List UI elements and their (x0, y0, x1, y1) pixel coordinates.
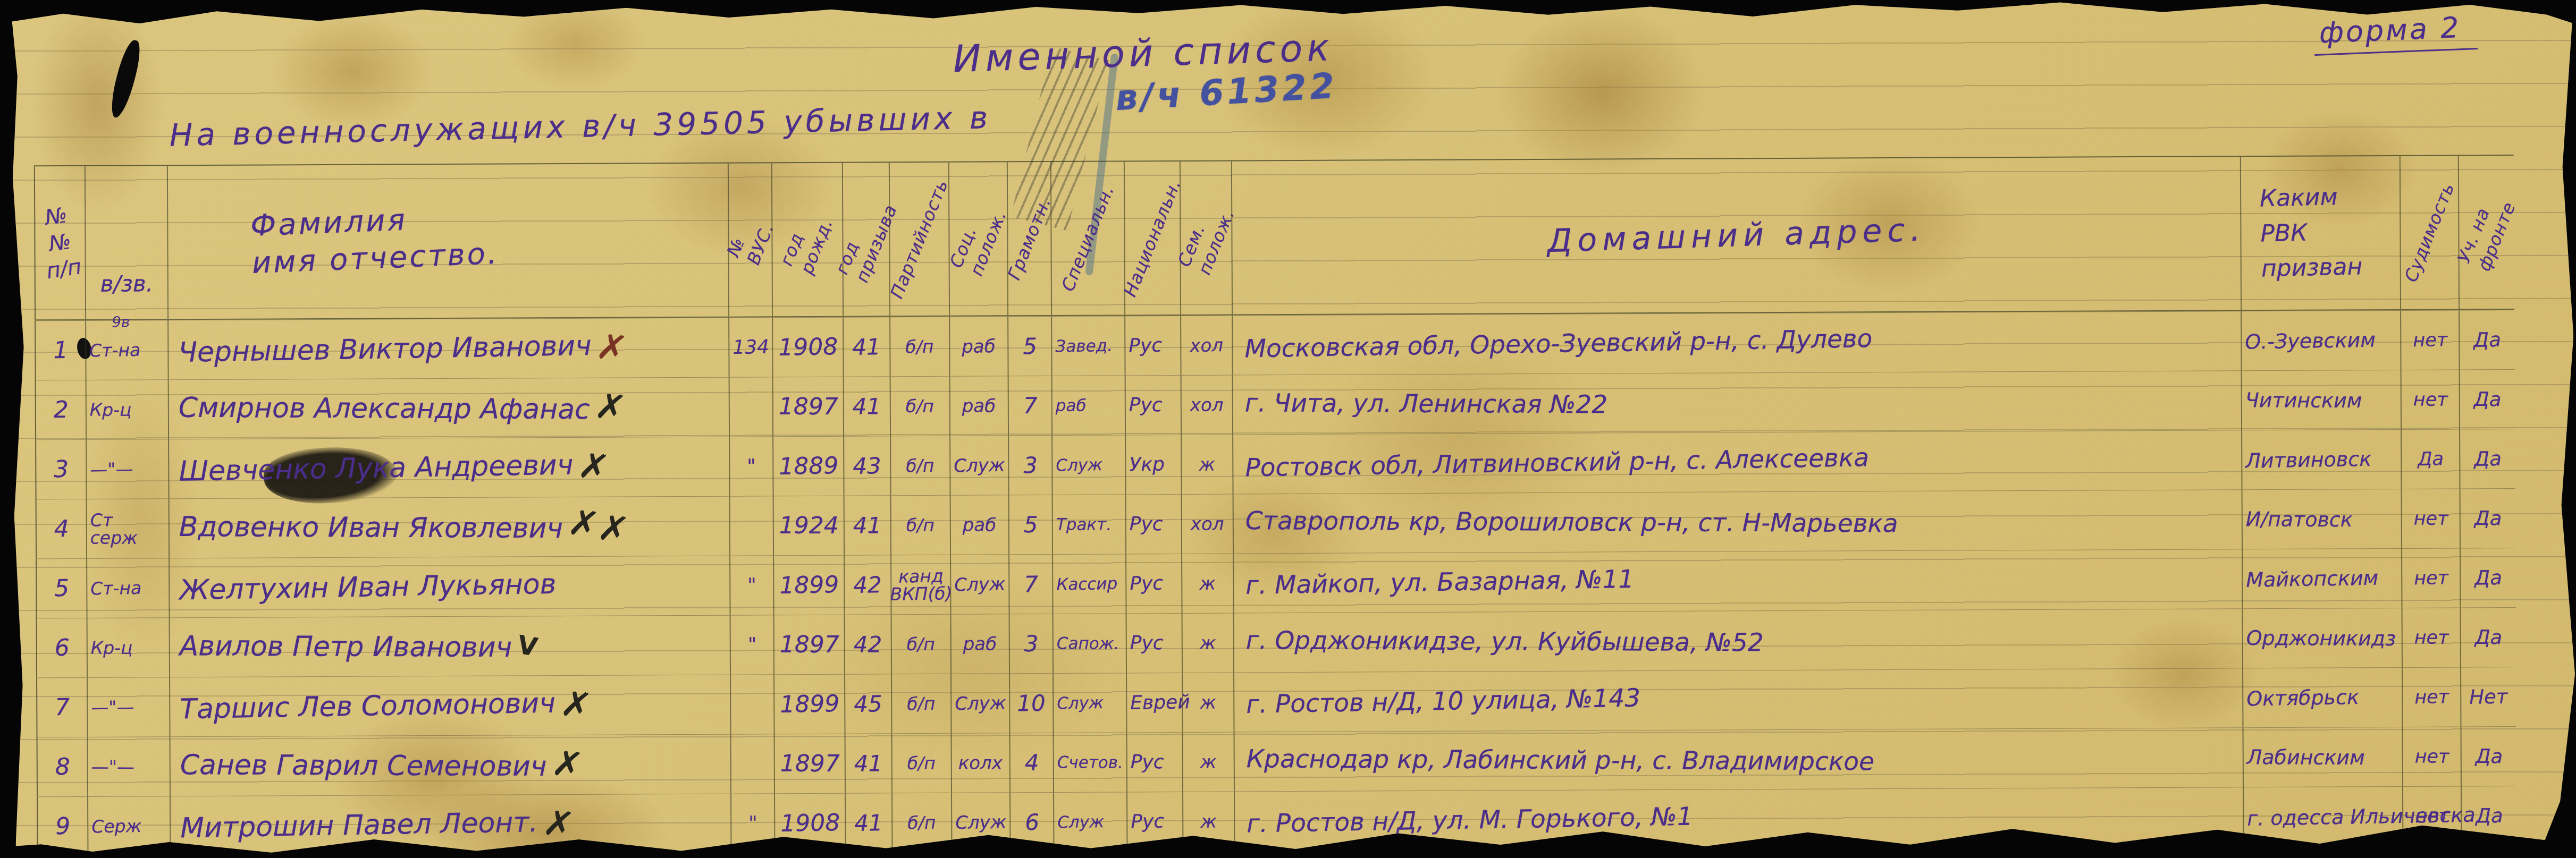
cell-conviction: нет (2401, 488, 2460, 548)
cell-specialty: Завед. (1051, 316, 1124, 376)
cell-social: Служ (949, 435, 1008, 495)
cell-front: Да (2460, 548, 2515, 607)
cell-specialty: Служ (1053, 792, 1126, 852)
cell-num: 3 (35, 439, 86, 499)
cell-name: Санев Гаврил Семенович✗ (170, 734, 730, 796)
cell-address: г. Ростов н/Д, 10 улица, №143 (1233, 668, 2242, 732)
cell-literacy: 5 (1008, 495, 1052, 554)
cell-literacy: 7 (1008, 554, 1052, 614)
cell-rank: —"— (86, 439, 168, 499)
cell-party: б/п (891, 793, 951, 852)
cell-nationality: Рус (1126, 732, 1182, 792)
cell-birth: 1924 (773, 496, 844, 556)
header-specialty: Специальн. (1050, 162, 1124, 316)
cell-literacy: 7 (1008, 376, 1051, 435)
cell-address: Ставрополь кр, Ворошиловск р-н, ст. Н-Ма… (1233, 489, 2242, 553)
cell-address: г. Ростов н/Д, ул. М. Горького, №1 (1234, 787, 2243, 851)
cell-birth: 1899 (773, 555, 844, 615)
cell-party: б/п (889, 317, 949, 376)
cell-social: Служ (950, 673, 1009, 733)
cell-birth: 1908 (774, 793, 845, 853)
cell-vus: " (729, 555, 773, 615)
cell-social: раб (949, 376, 1008, 435)
cell-conviction: нет (2402, 786, 2461, 845)
cell-literacy: 10 (1009, 673, 1053, 733)
cell-rank: —"— (87, 736, 170, 796)
cell-conviction: Да (2401, 429, 2459, 488)
cell-rvk: Лабинским (2242, 727, 2402, 787)
cell-rank: Серж (87, 796, 170, 856)
pencil-check-mark: ✗ (549, 744, 585, 785)
cell-draft: 43 (843, 436, 890, 495)
pencil-check-mark: ✗ (592, 387, 628, 428)
cell-name: Митрошин Павел Леонт.✗ (170, 794, 730, 856)
cell-front: Да (2459, 369, 2515, 429)
header-front-service: Уч. на фронте (2458, 156, 2514, 310)
cell-draft: 45 (844, 674, 891, 733)
cell-specialty: Тракт. (1052, 494, 1125, 554)
cell-nationality: Рус (1125, 494, 1181, 554)
cell-social: раб (950, 495, 1008, 554)
table-row: 6Кр-цАвилов Петр ИвановичV"189742б/праб3… (36, 607, 2516, 677)
table-row: 4Ст сержВдовенко Иван Яковлевич✗✗192441б… (36, 488, 2515, 558)
cell-party: б/п (890, 436, 949, 495)
cell-specialty: раб (1051, 375, 1125, 435)
pencil-check-mark: ✗ (541, 804, 577, 845)
subtitle-unit-line: На военнослужащих в/ч 39505 убывших в (169, 99, 992, 154)
table-header-row: №№ п/п в/зв. Фамилия имя отчество. № ВУС… (34, 155, 2514, 320)
cell-birth: 1897 (772, 377, 843, 437)
pencil-check-mark: ✗ (576, 447, 612, 488)
cell-rank: Кр-ц (86, 379, 168, 439)
header-rank: в/зв. (85, 166, 167, 320)
cell-literacy: 5 (1007, 316, 1051, 376)
cell-specialty: Сапож. (1053, 613, 1126, 673)
cell-marital: ж (1181, 554, 1233, 613)
cell-literacy: 4 (1009, 733, 1053, 792)
cell-conviction: нет (2400, 310, 2459, 369)
cell-conviction: нет (2401, 548, 2460, 607)
cell-party: б/п (890, 376, 949, 436)
cell-conviction: нет (2402, 607, 2460, 667)
cell-conviction: нет (2402, 726, 2460, 786)
header-birth-year: год рожд. (771, 163, 843, 318)
cell-num: 5 (36, 558, 86, 618)
cell-nationality: Рус (1126, 792, 1182, 851)
cell-name: Авилов Петр ИвановичV (169, 615, 730, 677)
cell-literacy: 6 (1009, 792, 1053, 852)
cell-rvk: Октябрьск (2242, 667, 2402, 727)
cell-rvk: Майкопским (2242, 548, 2401, 608)
cell-conviction: нет (2402, 667, 2460, 726)
cell-rank: —"— (87, 677, 169, 737)
table-row: 7—"—Таршис Лев Соломонович✗189945б/пСлуж… (36, 667, 2516, 737)
table-row: 2Кр-цСмирнов Александр Афанас✗189741б/пр… (35, 369, 2515, 439)
cell-front: Да (2460, 607, 2516, 667)
header-nationality: Национальн. (1124, 162, 1180, 316)
cell-birth: 1889 (772, 436, 843, 496)
cell-front: Да (2459, 310, 2514, 369)
cell-nationality: Рус (1126, 613, 1182, 673)
cell-marital: ж (1182, 791, 1234, 851)
personnel-table: №№ п/п в/зв. Фамилия имя отчество. № ВУС… (34, 155, 2517, 856)
cell-rank: Кр-ц (87, 617, 169, 677)
cell-party: канд ВКП(б) (890, 555, 950, 614)
cell-vus: " (729, 436, 772, 496)
cell-social: раб (950, 614, 1009, 673)
pencil-check-mark: ✗ (558, 685, 594, 726)
cell-rank: Ст-на (86, 558, 169, 618)
cell-vus (730, 674, 773, 734)
scanned-paper-sheet: Именной список форма 2 На военнослужащих… (12, 0, 2576, 854)
cell-vus (729, 377, 772, 436)
cell-address: Московская обл, Орехо-Зуевский р-н, с. Д… (1232, 311, 2241, 375)
cell-marital: ж (1182, 613, 1233, 673)
cell-vus: " (730, 615, 773, 674)
cell-num: 8 (37, 737, 87, 796)
cell-draft: 41 (843, 376, 890, 436)
cell-party: б/п (891, 733, 951, 793)
cell-vus (729, 496, 773, 555)
header-home-address: Домашний адрес. (1231, 157, 2241, 315)
cell-front: Нет (2460, 667, 2516, 726)
header-literacy: Грамотн. (1007, 162, 1051, 316)
cell-birth: 1908 (772, 317, 843, 377)
header-vus-number: № ВУС. (728, 163, 772, 317)
cell-social: раб (949, 316, 1007, 376)
cell-rvk: Литвиновск (2241, 429, 2401, 489)
cell-front: Да (2461, 786, 2516, 845)
paper-tear-hole (107, 38, 144, 120)
cell-name: Чернышев Виктор Иванович✗ (167, 318, 728, 380)
cell-social: колх (951, 733, 1009, 792)
cell-marital: хол (1180, 316, 1232, 375)
cell-name: Желтухин Иван Лукьянов (169, 556, 729, 618)
table-row: 3—"—Шевченко Лука Андреевич✗"188943б/пСл… (35, 429, 2515, 499)
cell-name: Смирнов Александр Афанас✗ (168, 377, 729, 439)
table-row: 1Ст-на9вЧернышев Виктор Иванович✗1341908… (35, 310, 2514, 380)
cell-rvk: Орджоникидз (2242, 608, 2402, 668)
cell-draft: 42 (844, 614, 891, 674)
cell-name: Вдовенко Иван Яковлевич✗✗ (169, 496, 729, 558)
cell-vus (730, 734, 774, 793)
header-draft-year: год призыва (842, 163, 889, 317)
header-conviction: Судимость (2400, 156, 2459, 310)
cell-vus: 134 (728, 317, 772, 377)
cell-nationality: Рус (1125, 554, 1181, 613)
cell-birth: 1899 (773, 674, 844, 734)
cell-nationality: Рус (1125, 375, 1181, 435)
cell-birth: 1897 (774, 734, 845, 794)
cell-rvk: г. одесса Ильичевска (2243, 786, 2402, 846)
cell-draft: 41 (843, 317, 889, 376)
cell-num: 1 (35, 320, 85, 380)
cell-specialty: Счетов. (1053, 732, 1126, 792)
cell-nationality: Рус (1124, 316, 1180, 375)
cell-rank: Ст-на9в (85, 320, 167, 380)
cell-num: 9 (37, 796, 87, 856)
cell-num: 2 (35, 380, 86, 439)
cell-literacy: 3 (1008, 435, 1051, 495)
header-party: Партийность (889, 163, 949, 317)
cell-num: 4 (36, 499, 86, 558)
cell-marital: ж (1182, 732, 1234, 792)
table-row: 8—"—Санев Гаврил Семенович✗189741б/пколх… (37, 726, 2516, 796)
pencil-check-mark: ✗ (594, 328, 630, 369)
cell-nationality: Укр (1125, 435, 1181, 494)
cell-rvk: О.-Зуевским (2241, 310, 2400, 370)
cell-rank: Ст серж (86, 498, 169, 558)
cell-name: Таршис Лев Соломонович✗ (169, 675, 730, 737)
header-full-name: Фамилия имя отчество. (167, 164, 728, 320)
rank-annotation: 9в (112, 313, 130, 331)
cell-marital: ж (1181, 435, 1232, 494)
cell-social: Служ (950, 554, 1008, 614)
form-number-label: форма 2 (2313, 10, 2478, 56)
cell-address: г. Орджоникидзе, ул. Куйбышева, №52 (1233, 608, 2242, 672)
cell-specialty: Кассир (1052, 554, 1125, 614)
cell-front: Да (2460, 726, 2516, 786)
cell-rvk: И/патовск (2242, 489, 2401, 549)
cell-social: Служ (951, 792, 1009, 852)
header-rvk: Каким РВК призван (2240, 156, 2400, 311)
cell-marital: ж (1182, 673, 1233, 732)
cell-address: Ростовск обл, Литвиновский р-н, с. Алекс… (1232, 430, 2241, 494)
header-social-status: Соц. полож. (948, 162, 1007, 316)
pencil-check-mark: V (516, 632, 540, 660)
cell-address: г. Майкоп, ул. Базарная, №11 (1233, 549, 2242, 613)
cell-party: б/п (890, 495, 950, 555)
cell-party: б/п (891, 674, 950, 733)
cell-draft: 41 (845, 793, 891, 852)
table-body: 1Ст-на9вЧернышев Виктор Иванович✗1341908… (35, 310, 2516, 856)
cell-front: Да (2460, 488, 2515, 548)
header-marital: Сем. полож. (1180, 162, 1232, 316)
cell-vus: " (730, 793, 774, 853)
cell-specialty: Служ (1053, 673, 1126, 733)
cell-party: б/п (891, 614, 950, 674)
cell-draft: 42 (844, 555, 890, 614)
table-row: 5Ст-наЖелтухин Иван Лукьянов"189942канд … (36, 548, 2515, 618)
table-row: 9СержМитрошин Павел Леонт.✗"190841б/пСлу… (37, 786, 2516, 856)
cell-literacy: 3 (1009, 614, 1053, 673)
cell-draft: 41 (845, 733, 891, 793)
cell-specialty: Служ (1051, 435, 1125, 495)
pencil-check-mark: ✗✗ (566, 504, 632, 549)
cell-front: Да (2459, 429, 2515, 488)
cell-address: г. Чита, ул. Ленинская №22 (1232, 370, 2241, 434)
header-row-number: №№ п/п (34, 166, 85, 320)
cell-draft: 41 (844, 495, 890, 555)
cell-nationality: Еврей (1126, 673, 1182, 732)
cell-num: 7 (36, 677, 87, 737)
cell-num: 6 (36, 618, 87, 677)
cell-rvk: Читинским (2241, 370, 2401, 430)
cell-marital: хол (1181, 375, 1232, 435)
cell-marital: хол (1181, 494, 1233, 554)
cell-name: Шевченко Лука Андреевич✗ (168, 437, 729, 499)
cell-address: Краснодар кр, Лабинский р-н, с. Владимир… (1234, 727, 2243, 791)
cell-birth: 1897 (773, 615, 844, 675)
cell-conviction: нет (2401, 369, 2459, 429)
